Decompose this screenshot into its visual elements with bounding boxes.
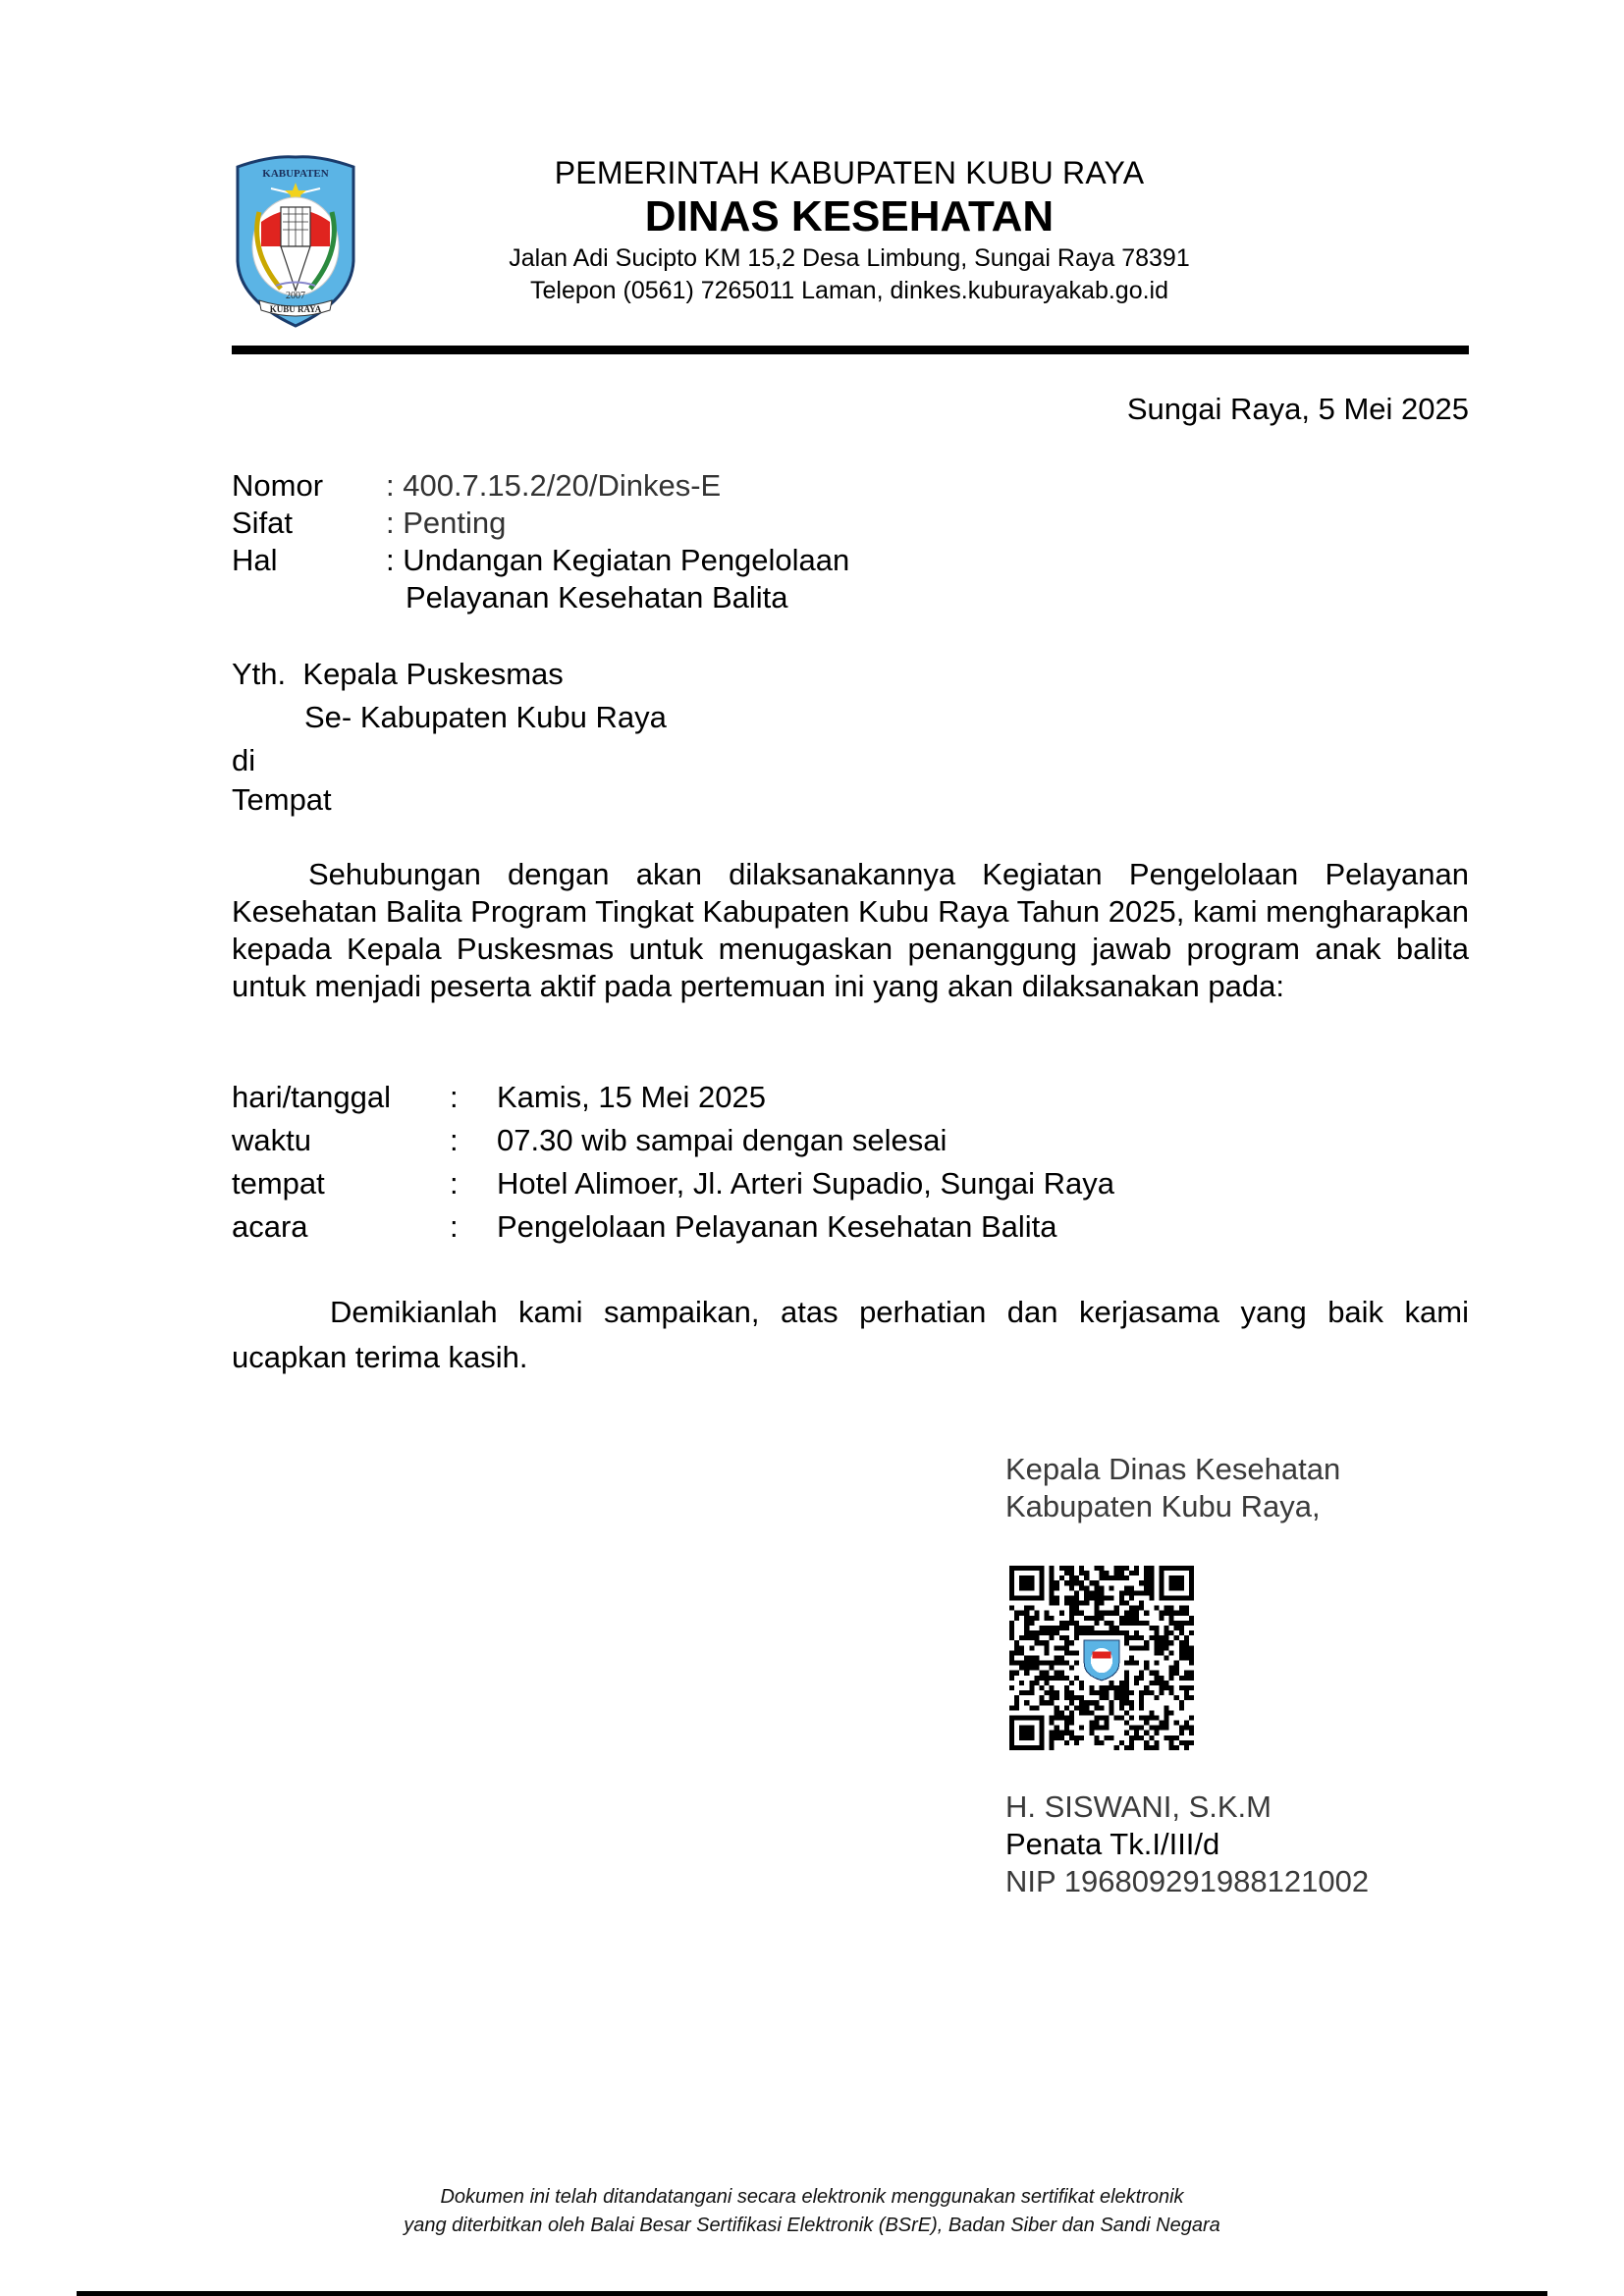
meta-label: Sifat <box>232 505 386 542</box>
schedule-row-date: hari/tanggal : Kamis, 15 Mei 2025 <box>232 1079 1114 1122</box>
position-line-1: Kepala Dinas Kesehatan <box>1005 1451 1340 1488</box>
svg-text:KABUPATEN: KABUPATEN <box>262 168 328 180</box>
schedule-value: 07.30 wib sampai dengan selesai <box>497 1122 947 1165</box>
body-paragraph: Sehubungan dengan akan dilaksanakannya K… <box>232 856 1469 1005</box>
letter-meta: Nomor : 400.7.15.2/20/Dinkes-E Sifat : P… <box>232 467 849 616</box>
schedule-row-agenda: acara : Pengelolaan Pelayanan Kesehatan … <box>232 1208 1114 1252</box>
schedule-row-time: waktu : 07.30 wib sampai dengan selesai <box>232 1122 1114 1165</box>
position-line-2: Kabupaten Kubu Raya, <box>1005 1488 1340 1525</box>
salutation: Yth. <box>232 657 286 691</box>
meta-label: Hal <box>232 542 386 579</box>
qr-code-signature-icon <box>1009 1566 1194 1750</box>
recipient-scope: Se- Kabupaten Kubu Raya <box>232 699 667 742</box>
meta-value: : 400.7.15.2/20/Dinkes-E <box>386 467 721 505</box>
meta-label: Nomor <box>232 467 386 505</box>
meta-row-subject: Hal : Undangan Kegiatan Pengelolaan <box>232 542 849 579</box>
body-text: Sehubungan dengan akan dilaksanakannya K… <box>232 857 1469 1003</box>
signatory-nip: NIP 196809291988121002 <box>1005 1863 1369 1900</box>
signatory-name: H. SISWANI, S.K.M <box>1005 1789 1369 1826</box>
schedule-separator: : <box>450 1122 497 1165</box>
recipient-at: di <box>232 742 667 781</box>
recipient-place: Tempat <box>232 781 667 821</box>
schedule-separator: : <box>450 1208 497 1252</box>
recipient-block: Yth. Kepala Puskesmas Se- Kabupaten Kubu… <box>232 656 667 821</box>
recipient-line: Yth. Kepala Puskesmas <box>232 656 667 699</box>
schedule-value: Hotel Alimoer, Jl. Arteri Supadio, Sunga… <box>497 1165 1114 1208</box>
subject-continuation: Pelayanan Kesehatan Balita <box>232 579 849 616</box>
office-contact: Telepon (0561) 7265011 Laman, dinkes.kub… <box>393 277 1306 305</box>
closing-paragraph: Demikianlah kami sampaikan, atas perhati… <box>232 1290 1469 1380</box>
schedule-separator: : <box>450 1079 497 1122</box>
closing-text: Demikianlah kami sampaikan, atas perhati… <box>232 1295 1469 1374</box>
esign-notice-line-2: yang diterbitkan oleh Balai Besar Sertif… <box>0 2215 1624 2237</box>
schedule-separator: : <box>450 1165 497 1208</box>
meta-value: : Penting <box>386 505 506 542</box>
regency-coat-of-arms-icon: KABUPATEN 2007 KUBU RAYA <box>232 153 359 328</box>
esign-notice-line-1: Dokumen ini telah ditandatangani secara … <box>0 2186 1624 2209</box>
letterhead-divider <box>232 346 1469 354</box>
schedule-value: Pengelolaan Pelayanan Kesehatan Balita <box>497 1208 1057 1252</box>
schedule-label: tempat <box>232 1165 450 1208</box>
signatory-rank: Penata Tk.I/III/d <box>1005 1826 1369 1863</box>
department-name: DINAS KESEHATAN <box>393 192 1306 241</box>
signatory-details: H. SISWANI, S.K.M Penata Tk.I/III/d NIP … <box>1005 1789 1369 1900</box>
schedule-value: Kamis, 15 Mei 2025 <box>497 1079 766 1122</box>
event-schedule: hari/tanggal : Kamis, 15 Mei 2025 waktu … <box>232 1079 1114 1252</box>
svg-text:KUBU RAYA: KUBU RAYA <box>270 304 322 314</box>
meta-value: : Undangan Kegiatan Pengelolaan <box>386 542 849 579</box>
meta-row-number: Nomor : 400.7.15.2/20/Dinkes-E <box>232 467 849 505</box>
place-date: Sungai Raya, 5 Mei 2025 <box>1127 391 1469 428</box>
signatory-position: Kepala Dinas Kesehatan Kabupaten Kubu Ra… <box>1005 1451 1340 1525</box>
government-name: PEMERINTAH KABUPATEN KUBU RAYA <box>393 155 1306 191</box>
schedule-label: hari/tanggal <box>232 1079 450 1122</box>
office-address: Jalan Adi Sucipto KM 15,2 Desa Limbung, … <box>393 244 1306 273</box>
schedule-row-venue: tempat : Hotel Alimoer, Jl. Arteri Supad… <box>232 1165 1114 1208</box>
svg-text:2007: 2007 <box>286 291 305 301</box>
schedule-label: acara <box>232 1208 450 1252</box>
footer-divider <box>77 2291 1547 2296</box>
schedule-label: waktu <box>232 1122 450 1165</box>
meta-row-nature: Sifat : Penting <box>232 505 849 542</box>
recipient-name: Kepala Puskesmas <box>302 657 563 691</box>
